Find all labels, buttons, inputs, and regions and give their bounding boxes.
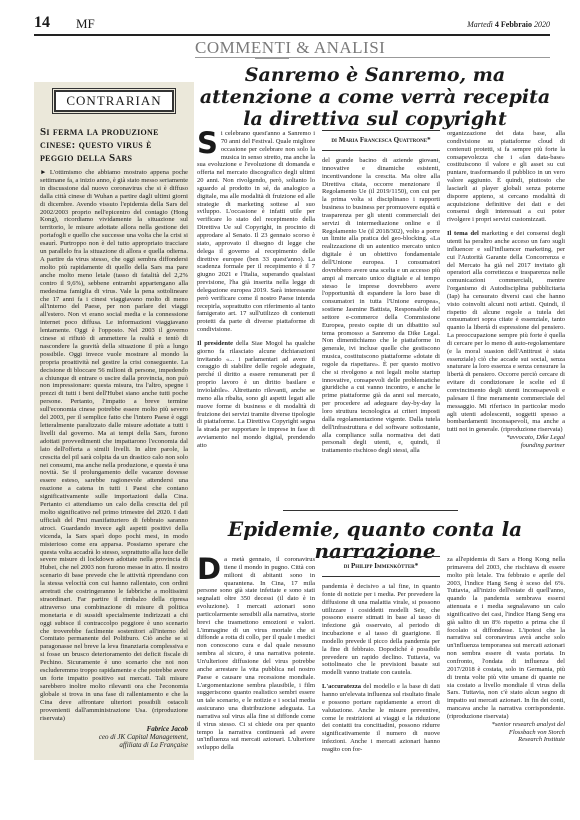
article1-dropcap: S <box>197 131 218 155</box>
article1-endnote-line2: founding partner <box>447 442 565 450</box>
article2-byline: di Philipp Immenkötter* <box>322 556 440 577</box>
article1-column-1: Si celebrano quest'anno a Sanremo i 70 a… <box>197 130 315 450</box>
article2-column-2: di Philipp Immenkötter* pandemia è decis… <box>322 556 440 754</box>
article2-endnote: *senior research analyst del Flossbach v… <box>447 721 565 745</box>
article1-col1-para2: Il presidente della Siae Mogol ha qualch… <box>197 340 315 450</box>
article-divider <box>283 510 458 511</box>
article1-col1-para2-text: della Siae Mogol ha qualche giorno fa ri… <box>197 340 315 449</box>
article1-col3-lead: Il tema del <box>447 230 479 237</box>
sidebar-author-role: ceo di JK Capital Management, <box>40 733 188 741</box>
sidebar-signature: Fabrice Jacob ceo di JK Capital Manageme… <box>34 722 194 749</box>
article1-col1-para1: i celebrano quest'anno a Sanremo i 70 an… <box>197 130 315 333</box>
article1-column-2: di Maria Francesca Quattrone* del grande… <box>322 130 440 455</box>
article2-endnote-line1: *senior research analyst del <box>447 721 565 729</box>
section-header: COMMENTI & ANALISI <box>195 38 550 58</box>
brand-logo: MF <box>76 16 95 32</box>
sidebar-headline: Si ferma la produzione cinese: questo vi… <box>34 112 194 169</box>
article2-col2-para2-text: del modello e la base di dati hanno un'e… <box>322 683 440 753</box>
date-main: 4 Febbraio <box>495 20 532 29</box>
sidebar-author-affiliation: affiliata di La Française <box>40 741 188 749</box>
article1-col2-text: del grande bacino di aziende giovani, in… <box>322 157 440 454</box>
article2-endnote-line2: Flossbach von Storch <box>447 729 565 737</box>
article2-endnote-line3: Research Institute <box>447 736 565 744</box>
article2-col3-text: za all'epidemia di Sars a Hong Kong nell… <box>447 556 565 720</box>
article1-col1-lead: Il presidente <box>197 340 233 347</box>
sidebar-author: Fabrice Jacob <box>40 725 188 733</box>
article1-endnote: *avvocato, Dike Legal founding partner <box>447 434 565 450</box>
page-number: 14 <box>34 14 50 32</box>
article1-headline: Sanremo è Sanremo, ma attenzione a come … <box>195 64 555 130</box>
contrarian-badge: CONTRARIAN <box>54 90 174 112</box>
sidebar-body: ► L'ottimismo che abbiamo mostrato appen… <box>34 169 194 722</box>
section-title: COMMENTI & ANALISI <box>195 38 385 57</box>
contrarian-sidebar: CONTRARIAN Si ferma la produzione cinese… <box>34 82 194 760</box>
article1-endnote-line1: *avvocato, Dike Legal <box>447 434 565 442</box>
article2-col2-para2: L'accuratezza del modello e la base di d… <box>322 683 440 754</box>
article2-col2-lead: L'accuratezza <box>322 683 361 690</box>
section-accent-rule <box>255 57 289 59</box>
article2-dropcap: D <box>197 557 221 581</box>
article1-column-3: organizzazione dei data base, alla condi… <box>447 130 565 450</box>
article1-col3-para2-text: marketing e dei consensi degli utenti ha… <box>447 230 565 433</box>
article2-col2-para1: pandemia è decisivo a tal fine, in quant… <box>322 583 440 676</box>
date-day: Martedì <box>467 20 493 29</box>
date-year: 2020 <box>534 20 550 29</box>
article1-col3-para2: Il tema del marketing e dei consensi deg… <box>447 230 565 434</box>
page-header: 14 MF Martedì 4 Febbraio 2020 <box>34 16 550 36</box>
issue-date: Martedì 4 Febbraio 2020 <box>467 20 550 29</box>
article2-column-1: Da metà gennaio, il coronavirus tiene il… <box>197 556 315 752</box>
article1-col3-para1: organizzazione dei data base, alla condi… <box>447 130 565 223</box>
article2-column-3: za all'epidemia di Sars a Hong Kong nell… <box>447 556 565 744</box>
article1-byline: di Maria Francesca Quattrone* <box>322 130 440 151</box>
